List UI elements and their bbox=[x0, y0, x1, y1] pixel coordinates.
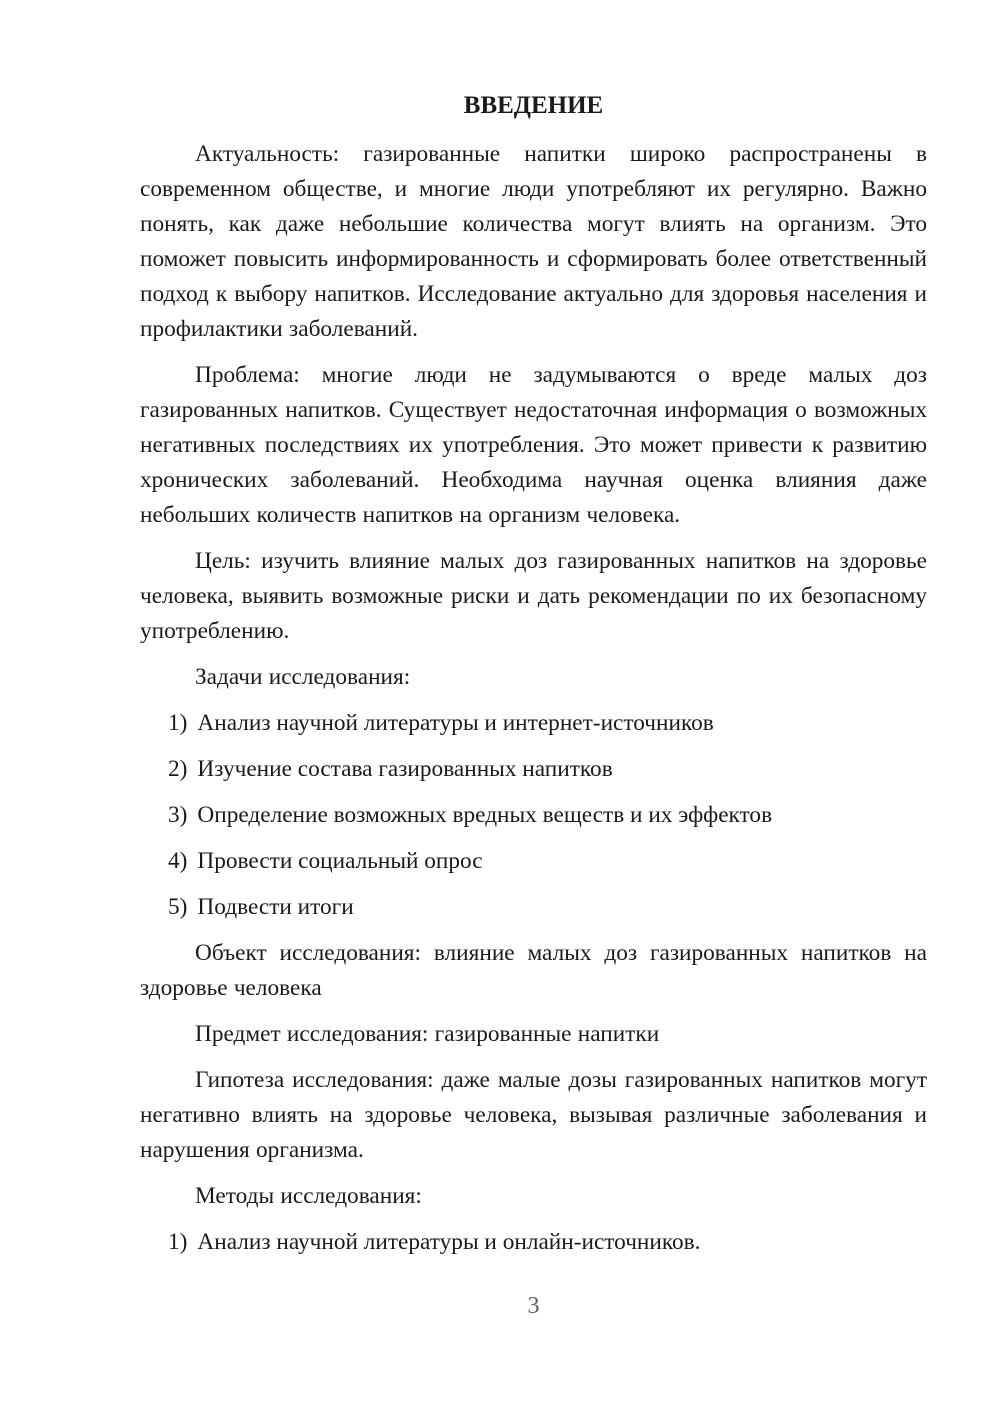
task-item: 4)Провести социальный опрос bbox=[140, 844, 927, 879]
task-item-marker: 5) bbox=[168, 894, 187, 920]
methods-heading: Методы исследования: bbox=[140, 1179, 927, 1214]
task-item: 3)Определение возможных вредных веществ … bbox=[140, 798, 927, 833]
paragraph-relevance: Актуальность: газированные напитки широк… bbox=[140, 137, 927, 347]
document-page: ВВЕДЕНИЕ Актуальность: газированные напи… bbox=[140, 88, 927, 1324]
task-item-marker: 3) bbox=[168, 802, 187, 828]
method-item: 1)Анализ научной литературы и онлайн-ист… bbox=[140, 1225, 927, 1260]
paragraph-problem: Проблема: многие люди не задумываются о … bbox=[140, 358, 927, 533]
paragraph-hypothesis: Гипотеза исследования: даже малые дозы г… bbox=[140, 1063, 927, 1168]
paragraph-goal: Цель: изучить влияние малых доз газирова… bbox=[140, 544, 927, 649]
task-item-text: Изучение состава газированных напитков bbox=[197, 756, 612, 782]
paragraph-object: Объект исследования: влияние малых доз г… bbox=[140, 936, 927, 1006]
task-item: 1)Анализ научной литературы и интернет-и… bbox=[140, 706, 927, 741]
task-item-marker: 1) bbox=[168, 710, 187, 736]
task-item-text: Определение возможных вредных веществ и … bbox=[197, 802, 772, 828]
paragraph-subject: Предмет исследования: газированные напит… bbox=[140, 1017, 927, 1052]
task-item-text: Анализ научной литературы и интернет-ист… bbox=[197, 710, 713, 736]
task-item: 5)Подвести итоги bbox=[140, 890, 927, 925]
task-item-marker: 4) bbox=[168, 848, 187, 874]
task-item-marker: 2) bbox=[168, 756, 187, 782]
method-item-text: Анализ научной литературы и онлайн-источ… bbox=[197, 1229, 700, 1255]
methods-list: 1)Анализ научной литературы и онлайн-ист… bbox=[140, 1225, 927, 1260]
tasks-heading: Задачи исследования: bbox=[140, 660, 927, 695]
task-item-text: Провести социальный опрос bbox=[197, 848, 482, 874]
task-item: 2)Изучение состава газированных напитков bbox=[140, 752, 927, 787]
page-title: ВВЕДЕНИЕ bbox=[140, 88, 927, 123]
tasks-list: 1)Анализ научной литературы и интернет-и… bbox=[140, 706, 927, 925]
page-number: 3 bbox=[140, 1289, 927, 1324]
task-item-text: Подвести итоги bbox=[197, 894, 353, 920]
method-item-marker: 1) bbox=[168, 1229, 187, 1255]
